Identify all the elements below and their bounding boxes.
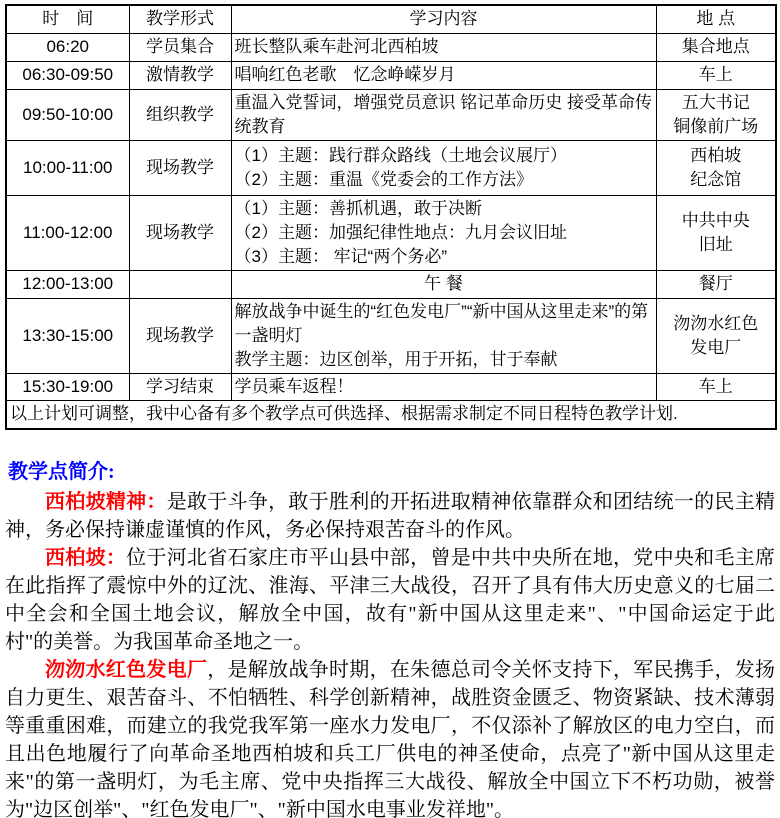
document-page: 时 间 教学形式 学习内容 地 点 06:20 学员集合 班长整队乘车赴河北西柏… [0,0,780,818]
content-line: 重温入党誓词，增强党员意识 铭记革命历史 接受革命传统教育 [235,91,653,139]
location-cell: 集合地点 [656,33,776,61]
table-row: 11:00-12:00 现场教学 （1）主题：善抓机遇，敢于决断 （2）主题：加… [6,195,776,270]
format-cell [129,270,231,298]
location-cell: 餐厅 [656,270,776,298]
content-line: （3）主题： 牢记“两个务必” [235,245,653,269]
intro-heading: 教学点简介: [8,460,775,484]
time-cell: 06:30-09:50 [6,61,129,89]
content-cell: 唱响红色老歌 忆念峥嵘岁月 [231,61,656,89]
time-cell: 09:50-10:00 [6,89,129,140]
content-line: 解放战争中诞生的“红色发电厂”“新中国从这里走来”的第一盏明灯 [235,300,653,348]
intro-paragraph-xibaipo-spirit: 西柏坡精神：是敢于斗争，敢于胜利的开拓进取精神依靠群众和团结统一的民主精神，务必… [5,488,775,544]
location-cell: 五大书记 铜像前广场 [656,89,776,140]
location-line: 餐厅 [660,272,773,296]
location-line: 车上 [660,63,773,87]
content-cell: 学员乘车返程！ [231,373,656,400]
location-line: 车上 [660,375,773,399]
schedule-table: 时 间 教学形式 学习内容 地 点 06:20 学员集合 班长整队乘车赴河北西柏… [5,4,777,430]
location-line: 西柏坡 [660,144,773,168]
content-cell: （1）主题：善抓机遇，敢于决断 （2）主题：加强纪律性地点：九月会议旧址 （3）… [231,195,656,270]
location-line: 旧址 [660,233,773,257]
content-line: 班长整队乘车赴河北西柏坡 [235,35,653,59]
location-line: 五大书记 [660,91,773,115]
location-line: 纪念馆 [660,168,773,192]
location-cell: 沕沕水红色 发电厂 [656,298,776,373]
content-cell: 重温入党誓词，增强党员意识 铭记革命历史 接受革命传统教育 [231,89,656,140]
content-line: 学员乘车返程！ [235,375,653,399]
format-cell: 学习结束 [129,373,231,400]
format-cell: 激情教学 [129,61,231,89]
format-cell: 组织教学 [129,89,231,140]
location-line: 集合地点 [660,35,773,59]
table-row: 13:30-15:00 现场教学 解放战争中诞生的“红色发电厂”“新中国从这里走… [6,298,776,373]
table-row: 15:30-19:00 学习结束 学员乘车返程！ 车上 [6,373,776,400]
header-format: 教学形式 [129,5,231,33]
content-line: 午 餐 [235,272,653,296]
time-cell: 10:00-11:00 [6,140,129,195]
location-line: 发电厂 [660,336,773,360]
header-content: 学习内容 [231,5,656,33]
table-row: 12:00-13:00 午 餐 餐厅 [6,270,776,298]
table-row: 06:20 学员集合 班长整队乘车赴河北西柏坡 集合地点 [6,33,776,61]
table-row: 09:50-10:00 组织教学 重温入党誓词，增强党员意识 铭记革命历史 接受… [6,89,776,140]
location-line: 沕沕水红色 [660,312,773,336]
content-line: （1）主题：善抓机遇，敢于决断 [235,197,653,221]
location-cell: 西柏坡 纪念馆 [656,140,776,195]
content-line: 教学主题：边区创举，用于开拓，甘于奉献 [235,348,653,372]
header-time: 时 间 [6,5,129,33]
header-location: 地 点 [656,5,776,33]
format-cell: 现场教学 [129,298,231,373]
content-cell: 午 餐 [231,270,656,298]
content-cell: 解放战争中诞生的“红色发电厂”“新中国从这里走来”的第一盏明灯 教学主题：边区创… [231,298,656,373]
content-line: 唱响红色老歌 忆念峥嵘岁月 [235,63,653,87]
intro-paragraph-wuwushui: 沕沕水红色发电厂，是解放战争时期，在朱德总司令关怀支持下，军民携手，发扬自力更生… [5,656,775,818]
time-cell: 15:30-19:00 [6,373,129,400]
table-footer-row: 以上计划可调整，我中心备有多个教学点可供选择、根据需求制定不同日程特色教学计划. [6,400,776,429]
content-line: （1）主题：践行群众路线（土地会议展厅） [235,144,653,168]
term-xibaipo-spirit: 西柏坡精神： [45,491,167,513]
format-cell: 现场教学 [129,140,231,195]
location-cell: 中共中央 旧址 [656,195,776,270]
time-cell: 11:00-12:00 [6,195,129,270]
location-cell: 车上 [656,61,776,89]
table-header-row: 时 间 教学形式 学习内容 地 点 [6,5,776,33]
location-cell: 车上 [656,373,776,400]
content-line: （2）主题：重温《党委会的工作方法》 [235,168,653,192]
location-line: 铜像前广场 [660,115,773,139]
intro-section: 教学点简介: 西柏坡精神：是敢于斗争，敢于胜利的开拓进取精神依靠群众和团结统一的… [5,460,775,818]
time-cell: 06:20 [6,33,129,61]
time-cell: 12:00-13:00 [6,270,129,298]
table-note: 以上计划可调整，我中心备有多个教学点可供选择、根据需求制定不同日程特色教学计划. [6,400,776,429]
time-cell: 13:30-15:00 [6,298,129,373]
table-row: 10:00-11:00 现场教学 （1）主题：践行群众路线（土地会议展厅） （2… [6,140,776,195]
content-line: （2）主题：加强纪律性地点：九月会议旧址 [235,221,653,245]
content-cell: 班长整队乘车赴河北西柏坡 [231,33,656,61]
format-cell: 现场教学 [129,195,231,270]
table-row: 06:30-09:50 激情教学 唱响红色老歌 忆念峥嵘岁月 车上 [6,61,776,89]
content-cell: （1）主题：践行群众路线（土地会议展厅） （2）主题：重温《党委会的工作方法》 [231,140,656,195]
intro-paragraph-xibaipo: 西柏坡：位于河北省石家庄市平山县中部，曾是中共中央所在地，党中央和毛主席在此指挥… [5,544,775,656]
location-line: 中共中央 [660,209,773,233]
format-cell: 学员集合 [129,33,231,61]
term-wuwushui-power-plant: 沕沕水红色发电厂 [45,659,207,681]
paragraph-text: ，是解放战争时期，在朱德总司令关怀支持下，军民携手，发扬自力更生、艰苦奋斗、不怕… [5,659,775,818]
term-xibaipo: 西柏坡： [45,547,126,569]
